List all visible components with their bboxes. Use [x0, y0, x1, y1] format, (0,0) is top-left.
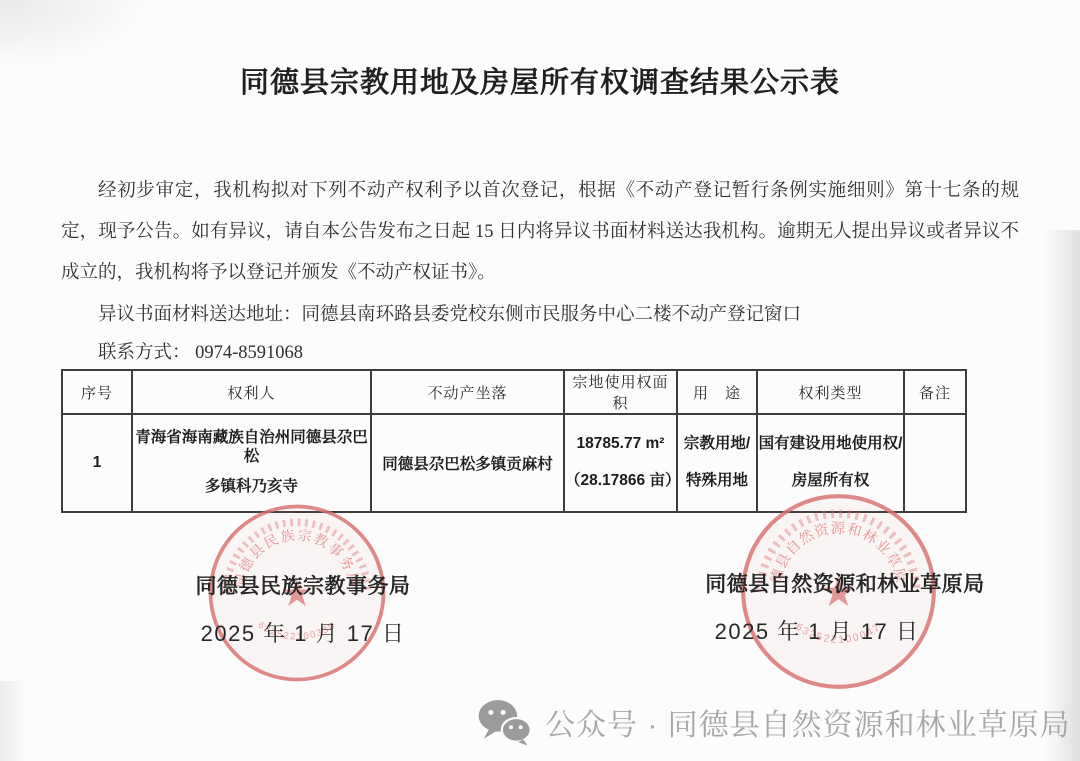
scan-shadow-right-edge — [1044, 230, 1080, 761]
cell-land-use-area: 18785.77 m² （28.17866 亩） — [564, 414, 677, 512]
area-mu: （28.17866 亩） — [565, 472, 676, 491]
rights-holder-line1: 青海省海南藏族自治州同德县尕巴松 — [133, 429, 370, 466]
area-square-meters: 18785.77 m² — [565, 435, 676, 454]
page-title: 同德县宗教用地及房屋所有权调查结果公示表 — [0, 60, 1080, 101]
cell-property-location: 同德县尕巴松多镇贡麻村 — [371, 414, 564, 512]
signature-block-religious-affairs: 同德县民族宗教事务局 2025 年 1 月 17 日 — [123, 570, 483, 648]
right-type-line1: 国有建设用地使用权/ — [758, 435, 903, 454]
usage-line2: 特殊用地 — [678, 472, 756, 491]
wechat-watermark: 公众号 · 同德县自然资源和林业草原局 — [476, 697, 1071, 747]
col-header-property-location: 不动产坐落 — [371, 370, 564, 414]
col-header-land-use-area: 宗地使用权面积 — [564, 370, 677, 414]
col-header-rights-holder: 权利人 — [132, 370, 371, 414]
col-header-right-type: 权利类型 — [757, 370, 904, 414]
cell-index: 1 — [62, 414, 132, 512]
rights-holder-line2: 多镇科乃亥寺 — [133, 478, 370, 497]
wechat-icon — [476, 697, 532, 747]
col-header-index: 序号 — [62, 370, 132, 414]
col-header-remarks: 备注 — [904, 370, 966, 414]
signature-date: 2025 年 1 月 17 日 — [637, 615, 997, 646]
notice-paragraph-address: 异议书面材料送达地址：同德县南环路县委党校东侧市民服务中心二楼不动产登记窗口 — [61, 300, 1019, 326]
col-header-usage: 用 途 — [677, 370, 757, 414]
cell-rights-holder: 青海省海南藏族自治州同德县尕巴松 多镇科乃亥寺 — [132, 414, 371, 512]
notice-paragraph-main: 经初步审定，我机构拟对下列不动产权利予以首次登记，根据《不动产登记暂行条例实施细… — [61, 171, 1019, 294]
notice-paragraph-contact: 联系方式： 0974-8591068 — [61, 338, 1019, 364]
scan-shadow-bottom-left — [0, 681, 26, 761]
signature-org-name: 同德县自然资源和林业草原局 — [665, 568, 1025, 598]
table-header-row: 序号 权利人 不动产坐落 宗地使用权面积 用 途 权利类型 备注 — [62, 370, 966, 414]
signature-org-name: 同德县民族宗教事务局 — [123, 570, 483, 600]
scanned-notice-page: 同德县宗教用地及房屋所有权调查结果公示表 经初步审定，我机构拟对下列不动产权利予… — [0, 0, 1080, 761]
signature-block-natural-resources: 同德县自然资源和林业草原局 2025 年 1 月 17 日 — [665, 568, 1025, 646]
signature-date: 2025 年 1 月 17 日 — [123, 617, 483, 648]
usage-line1: 宗教用地/ — [678, 435, 756, 454]
watermark-label: 公众号 · 同德县自然资源和林业草原局 — [545, 700, 1071, 744]
right-type-line2: 房屋所有权 — [758, 472, 903, 491]
